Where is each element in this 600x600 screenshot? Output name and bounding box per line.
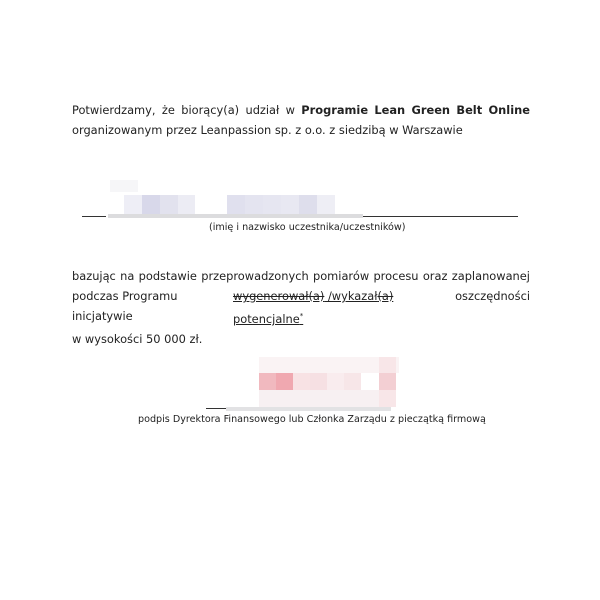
redacted-block xyxy=(317,195,335,214)
participant-line-left xyxy=(82,216,106,217)
redacted-block xyxy=(259,373,276,390)
confirmation-paragraph: Potwierdzamy, że biorący(a) udział w Pro… xyxy=(72,100,530,140)
program-name-word: Online xyxy=(489,100,530,120)
program-name-word: Lean xyxy=(374,100,405,120)
redacted-block xyxy=(178,195,195,214)
confirmation-line-1: Potwierdzamy, że biorący(a) udział w Pro… xyxy=(72,100,530,120)
struck-suffix: (a) xyxy=(377,289,393,303)
redacted-participant-name xyxy=(108,214,363,218)
word: w xyxy=(286,100,295,120)
program-name-word: Green xyxy=(412,100,451,120)
redacted-block xyxy=(227,195,245,214)
savings-line-2-suffix: oszczędności xyxy=(455,286,530,329)
word: udział xyxy=(245,100,279,120)
word: bazując xyxy=(72,266,116,286)
program-name-word: Belt xyxy=(456,100,482,120)
redacted-block xyxy=(259,390,379,407)
redacted-signature xyxy=(226,407,391,411)
savings-amount-line: w wysokości 50 000 zł. xyxy=(72,329,530,349)
participant-caption: (imię i nazwisko uczestnika/uczestników) xyxy=(209,222,406,233)
savings-line-2-prefix: podczas Programu inicjatywie xyxy=(72,286,233,329)
redacted-block xyxy=(245,195,263,214)
redacted-block xyxy=(281,195,299,214)
redacted-block xyxy=(160,195,178,214)
word: podstawie xyxy=(139,266,197,286)
redacted-block xyxy=(293,373,310,390)
redacted-block xyxy=(142,195,160,214)
selected-option-rest: potencjalne xyxy=(233,312,300,326)
struck-option: wygenerował(a) xyxy=(233,289,324,303)
word: procesu xyxy=(373,266,418,286)
word: że xyxy=(162,100,175,120)
word: pomiarów xyxy=(313,266,369,286)
word: biorący(a) xyxy=(181,100,239,120)
redacted-block xyxy=(110,180,138,192)
redacted-block xyxy=(327,373,344,390)
redacted-block xyxy=(299,195,317,214)
savings-line-2: podczas Programu inicjatywie wygenerował… xyxy=(72,286,530,329)
signature-caption: podpis Dyrektora Finansowego lub Członka… xyxy=(138,414,486,425)
footnote-marker: * xyxy=(300,312,304,320)
program-name-word: Programie xyxy=(301,100,368,120)
word: przeprowadzonych xyxy=(201,266,308,286)
signature-line xyxy=(206,408,226,409)
redacted-block xyxy=(344,373,361,390)
confirmation-line-2: organizowanym przez Leanpassion sp. z o.… xyxy=(72,120,530,140)
redacted-block xyxy=(276,373,293,390)
redacted-block xyxy=(263,195,281,214)
participant-line-right xyxy=(363,216,518,217)
word: zaplanowanej xyxy=(452,266,530,286)
redacted-block xyxy=(379,373,396,390)
redacted-block xyxy=(259,357,399,373)
word: Potwierdzamy, xyxy=(72,100,156,120)
word: oraz xyxy=(423,266,448,286)
word: na xyxy=(120,266,134,286)
selected-option: /wykazał xyxy=(324,289,377,303)
savings-paragraph: bazując na podstawie przeprowadzonych po… xyxy=(72,266,530,349)
savings-line-1: bazując na podstawie przeprowadzonych po… xyxy=(72,266,530,286)
redacted-block xyxy=(124,195,142,214)
redacted-block xyxy=(310,373,327,390)
savings-option: wygenerował(a) /wykazał(a) potencjalne* xyxy=(233,286,455,329)
